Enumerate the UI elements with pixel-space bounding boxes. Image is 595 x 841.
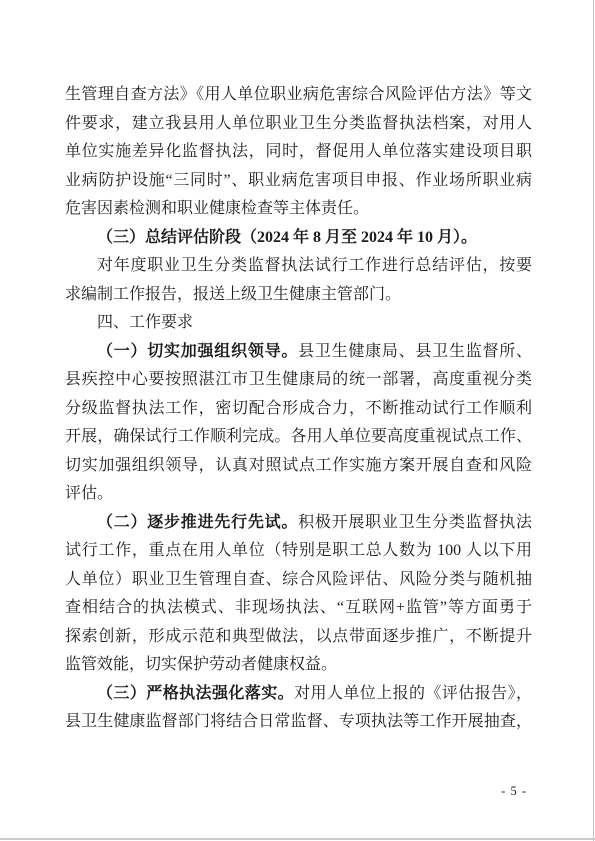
text-line: 业病防护设施“三同时”、职业病危害项目申报、作业场所职业病 (65, 167, 532, 196)
body-text-segment: 监管效能，切实保护劳动者健康权益。 (65, 656, 337, 673)
text-line: 件要求，建立我县用人单位职业卫生分类监督执法档案，对用人 (65, 110, 532, 139)
text-line: （二）逐步推进先行先试。积极开展职业卫生分类监督执法 (65, 509, 532, 538)
page-edge-bottom (0, 838, 595, 840)
text-line: 开展，确保试行工作顺利完成。各用人单位要高度重视试点工作、 (65, 423, 532, 452)
body-text-segment: 开展，确保试行工作顺利完成。各用人单位要高度重视试点工作、 (65, 428, 532, 445)
text-line: （三）总结评估阶段（2024 年 8 月至 2024 年 10 月）。 (65, 224, 532, 253)
body-text-segment: 求编制工作报告，报送上级卫生健康主管部门。 (65, 286, 401, 303)
body-text-segment: 四、工作要求 (97, 314, 193, 331)
text-line: 危害因素检测和职业健康检查等主体责任。 (65, 195, 532, 224)
body-text-segment: 评估。 (65, 485, 113, 502)
text-line: 县卫生健康监督部门将结合日常监督、专项执法等工作开展抽查， (65, 708, 532, 737)
document-page: 生管理自查方法》《用人单位职业病危害综合风险评估方法》等文件要求，建立我县用人单… (0, 0, 595, 841)
text-line: 单位实施差异化监督执法，同时，督促用人单位落实建设项目职 (65, 138, 532, 167)
body-text-segment: 探索创新，形成示范和典型做法，以点带面逐步推广，不断提升 (65, 628, 532, 645)
text-line: 生管理自查方法》《用人单位职业病危害综合风险评估方法》等文 (65, 81, 532, 110)
text-line: 探索创新，形成示范和典型做法，以点带面逐步推广，不断提升 (65, 623, 532, 652)
text-line: 对年度职业卫生分类监督执法试行工作进行总结评估，按要 (65, 252, 532, 281)
text-line: 分级监督执法工作，密切配合形成合力，不断推动试行工作顺利 (65, 395, 532, 424)
body-text-segment: 对年度职业卫生分类监督执法试行工作进行总结评估，按要 (97, 257, 532, 274)
text-line: 试行工作，重点在用人单位（特别是职工总人数为 100 人以下用 (65, 537, 532, 566)
body-text-segment: 生管理自查方法》《用人单位职业病危害综合风险评估方法》等文 (65, 86, 532, 103)
text-line: 切实加强组织领导，认真对照试点工作实施方案开展自查和风险 (65, 452, 532, 481)
body-text-segment: 积极开展职业卫生分类监督执法 (298, 514, 532, 531)
body-text-segment: 县卫生健康局、县卫生监督所、 (298, 343, 532, 360)
body-text-segment: 县疾控中心要按照湛江市卫生健康局的统一部署，高度重视分类 (65, 371, 532, 388)
document-body: 生管理自查方法》《用人单位职业病危害综合风险评估方法》等文件要求，建立我县用人单… (65, 81, 532, 737)
text-line: 评估。 (65, 480, 532, 509)
body-text-segment: 件要求，建立我县用人单位职业卫生分类监督执法档案，对用人 (65, 115, 532, 132)
text-line: （三）严格执法强化落实。对用人单位上报的《评估报告》， (65, 680, 532, 709)
text-line: 求编制工作报告，报送上级卫生健康主管部门。 (65, 281, 532, 310)
page-number: - 5 - (65, 783, 527, 799)
heading-segment: （三）严格执法强化落实。 (97, 685, 294, 702)
text-line: 查相结合的执法模式、非现场执法、“互联网+监管”等方面勇于 (65, 594, 532, 623)
text-line: （一）切实加强组织领导。县卫生健康局、县卫生监督所、 (65, 338, 532, 367)
body-text-segment: 分级监督执法工作，密切配合形成合力，不断推动试行工作顺利 (65, 400, 532, 417)
heading-segment: （一）切实加强组织领导。 (97, 343, 298, 360)
body-text-segment: 县卫生健康监督部门将结合日常监督、专项执法等工作开展抽查， (65, 713, 532, 730)
body-text-segment: 试行工作，重点在用人单位（特别是职工总人数为 100 人以下用 (65, 542, 532, 559)
body-text-segment: 危害因素检测和职业健康检查等主体责任。 (65, 200, 369, 217)
body-text-segment: 切实加强组织领导，认真对照试点工作实施方案开展自查和风险 (65, 457, 532, 474)
text-line: 人单位）职业卫生管理自查、综合风险评估、风险分类与随机抽 (65, 566, 532, 595)
body-text-segment: 人单位）职业卫生管理自查、综合风险评估、风险分类与随机抽 (65, 571, 532, 588)
body-text-segment: 查相结合的执法模式、非现场执法、“互联网+监管”等方面勇于 (65, 599, 532, 616)
heading-segment: （三）总结评估阶段（2024 年 8 月至 2024 年 10 月）。 (97, 229, 477, 246)
body-text-segment: 单位实施差异化监督执法，同时，督促用人单位落实建设项目职 (65, 143, 532, 160)
body-text-segment: 对用人单位上报的《评估报告》， (294, 685, 532, 702)
text-line: 县疾控中心要按照湛江市卫生健康局的统一部署，高度重视分类 (65, 366, 532, 395)
text-line: 四、工作要求 (65, 309, 532, 338)
page-edge-right (593, 0, 594, 841)
heading-segment: （二）逐步推进先行先试。 (97, 514, 298, 531)
body-text-segment: 业病防护设施“三同时”、职业病危害项目申报、作业场所职业病 (65, 172, 532, 189)
text-line: 监管效能，切实保护劳动者健康权益。 (65, 651, 532, 680)
